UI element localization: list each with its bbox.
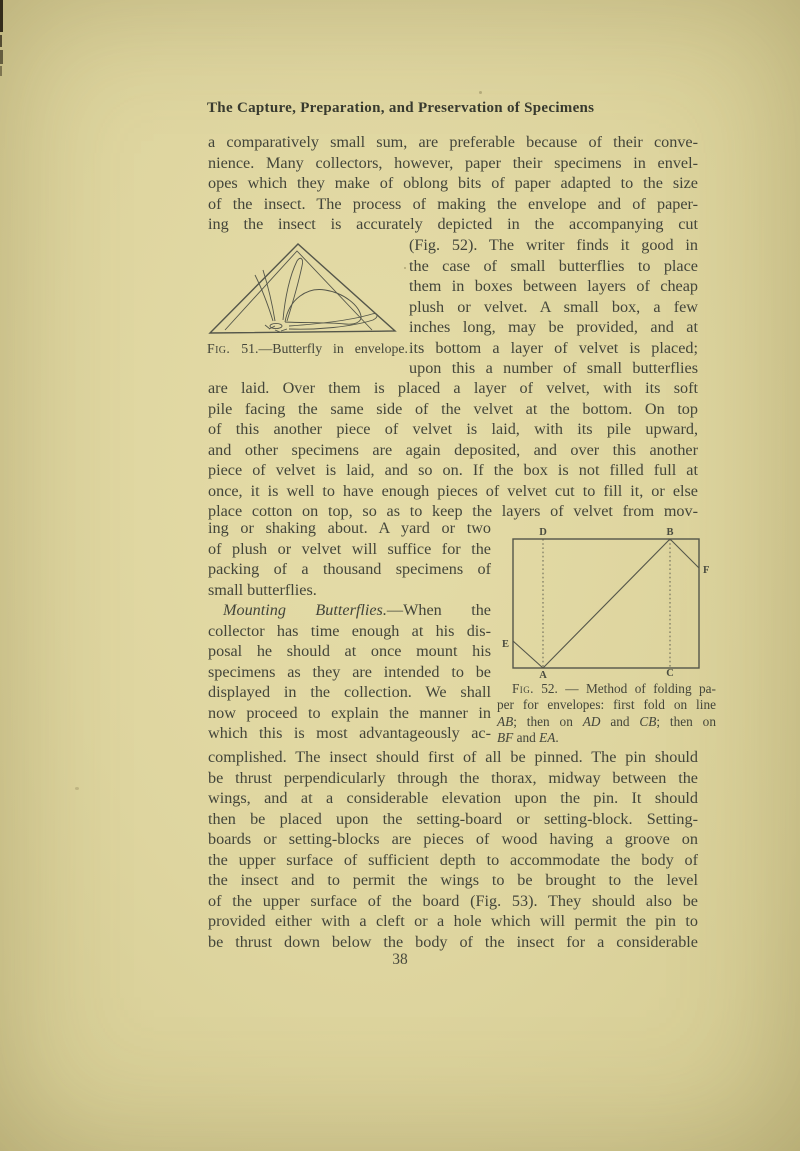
text-line: packing of a thousand specimens of <box>208 559 491 580</box>
fold-line-EA <box>513 641 543 668</box>
text-line: boards or setting-blocks are pieces of w… <box>208 829 698 850</box>
text-line: piece of velvet is laid, and so on. If t… <box>208 460 698 481</box>
text-line: provided either with a cleft or a hole w… <box>208 911 698 932</box>
page-number: 38 <box>0 951 800 969</box>
text-line: upon this a number of small butterflies <box>409 358 698 379</box>
text-line: its bottom a layer of velvet is placed; <box>409 338 698 359</box>
text-line: opes which they make of oblong bits of p… <box>208 173 698 194</box>
fig52-label-b: B <box>666 527 673 538</box>
text-line: specimens as they are intended to be <box>208 662 491 683</box>
fold-line-BF <box>670 539 699 568</box>
text-line: and other specimens are again deposited,… <box>208 440 698 461</box>
text-line: a comparatively small sum, are preferabl… <box>208 132 698 153</box>
text-line: posal he should at once mount his <box>208 641 491 662</box>
text-line: the case of small butterflies to place <box>409 256 698 277</box>
paragraph-left-column: ing or shaking about. A yard or twoof pl… <box>208 518 491 744</box>
scan-edge-mark <box>0 50 3 64</box>
scan-edge-mark <box>0 66 2 76</box>
dust-speck <box>404 267 406 269</box>
text-line: per for envelopes: first fold on line <box>497 697 716 713</box>
text-line: pile facing the same side of the velvet … <box>208 399 698 420</box>
text-line: be thrust perpendicularly through the th… <box>208 768 698 789</box>
text-line: complished. The insect should first of a… <box>208 747 698 768</box>
fig52-diagram: D B F E A C <box>500 524 715 679</box>
text-line: them in boxes between layers of cheap <box>409 276 698 297</box>
text-line: Fig. 51.—Butterfly in envelope. <box>207 341 408 357</box>
text-line: of the insect. The process of making the… <box>208 194 698 215</box>
text-line: the upper surface of sufficient depth to… <box>208 850 698 871</box>
fig51-caption: Fig. 51.—Butterfly in envelope. <box>207 341 408 357</box>
text-line: inches long, may be provided, and at <box>409 317 698 338</box>
text-line: now proceed to explain the manner in <box>208 703 491 724</box>
text-line: once, it is well to have enough pieces o… <box>208 481 698 502</box>
scan-edge-mark <box>0 35 2 47</box>
running-header: The Capture, Preparation, and Preservati… <box>207 100 594 117</box>
text-line: which this is most advantageously ac- <box>208 723 491 744</box>
text-line: of the upper surface of the board (Fig. … <box>208 891 698 912</box>
paragraph-block-bottom: complished. The insect should first of a… <box>208 747 698 952</box>
book-page: The Capture, Preparation, and Preservati… <box>0 0 800 1151</box>
paragraph-block-top: a comparatively small sum, are preferabl… <box>208 132 698 235</box>
paragraph-block-middle: are laid. Over them is placed a layer of… <box>208 378 698 522</box>
fig52-label-a: A <box>539 670 547 679</box>
fig52-caption: Fig. 52. — Method of folding pa-per for … <box>497 681 716 747</box>
fig51-illustration <box>205 239 400 338</box>
text-line: plush or velvet. A small box, a few <box>409 297 698 318</box>
fold-line-AB <box>543 539 670 668</box>
text-line: AB; then on AD and CB; then on <box>497 714 716 730</box>
text-line: BF and EA. <box>497 730 716 746</box>
text-line: ing or shaking about. A yard or two <box>208 518 491 539</box>
dust-speck <box>75 787 79 790</box>
fig52-label-e: E <box>502 639 509 650</box>
text-line: (Fig. 52). The writer finds it good in <box>409 235 698 256</box>
fig52-figure: D B F E A C <box>500 524 715 679</box>
text-line: displayed in the collection. We shall <box>208 682 491 703</box>
dust-speck <box>479 91 482 94</box>
text-line: of this another piece of velvet is laid,… <box>208 419 698 440</box>
text-line: be thrust down below the body of the ins… <box>208 932 698 953</box>
text-line: Mounting Butterflies.—When the <box>208 600 491 621</box>
text-line: ing the insect is accurately depicted in… <box>208 214 698 235</box>
fig52-label-d: D <box>539 527 547 538</box>
text-line: collector has time enough at his dis- <box>208 621 491 642</box>
text-line: small butterflies. <box>208 580 491 601</box>
text-line: Fig. 52. — Method of folding pa- <box>497 681 716 697</box>
text-line: then be placed upon the setting-board or… <box>208 809 698 830</box>
text-line: are laid. Over them is placed a layer of… <box>208 378 698 399</box>
text-line: wings, and at a considerable elevation u… <box>208 788 698 809</box>
text-line: of plush or velvet will suffice for the <box>208 539 491 560</box>
fig51-figure <box>205 239 400 338</box>
paragraph-right-column: (Fig. 52). The writer finds it good inth… <box>409 235 698 379</box>
text-line: nience. Many collectors, however, paper … <box>208 153 698 174</box>
fig52-label-f: F <box>703 565 709 576</box>
scan-edge-mark <box>0 0 3 32</box>
fig52-label-c: C <box>666 668 674 679</box>
text-line: the insect and to permit the wings to be… <box>208 870 698 891</box>
